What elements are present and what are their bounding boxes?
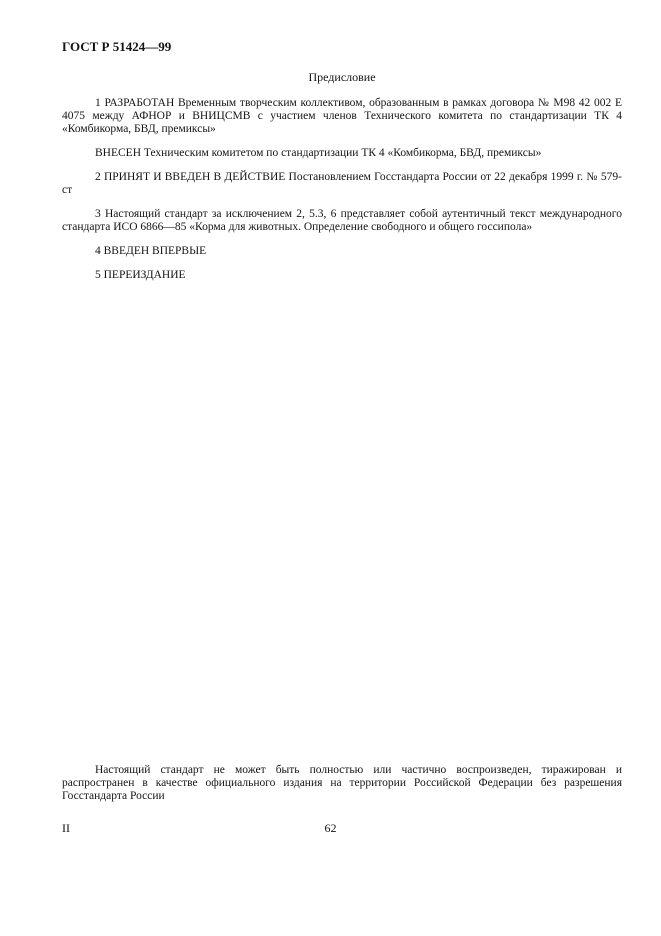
paragraph-authentic-text: 3 Настоящий стандарт за исключением 2, 5…	[62, 208, 622, 234]
paragraph-reissue: 5 ПЕРЕИЗДАНИЕ	[62, 269, 622, 282]
document-code: ГОСТ Р 51424—99	[62, 40, 622, 54]
document-page: ГОСТ Р 51424—99 Предисловие 1 РАЗРАБОТАН…	[0, 0, 661, 936]
paragraph-adopted: 2 ПРИНЯТ И ВВЕДЕН В ДЕЙСТВИЕ Постановлен…	[62, 171, 622, 197]
paragraph-developed: 1 РАЗРАБОТАН Временным творческим коллек…	[62, 97, 622, 136]
paragraph-submitted: ВНЕСЕН Техническим комитетом по стандарт…	[62, 147, 622, 160]
document-content: ГОСТ Р 51424—99 Предисловие 1 РАЗРАБОТАН…	[62, 40, 622, 293]
copyright-note: Настоящий стандарт не может быть полност…	[62, 764, 622, 803]
page-number-roman: II	[62, 821, 70, 835]
page-number: 62	[0, 821, 661, 835]
page-title: Предисловие	[62, 71, 622, 84]
paragraph-first-edition: 4 ВВЕДЕН ВПЕРВЫЕ	[62, 245, 622, 258]
page-footer: II 62	[0, 821, 661, 835]
